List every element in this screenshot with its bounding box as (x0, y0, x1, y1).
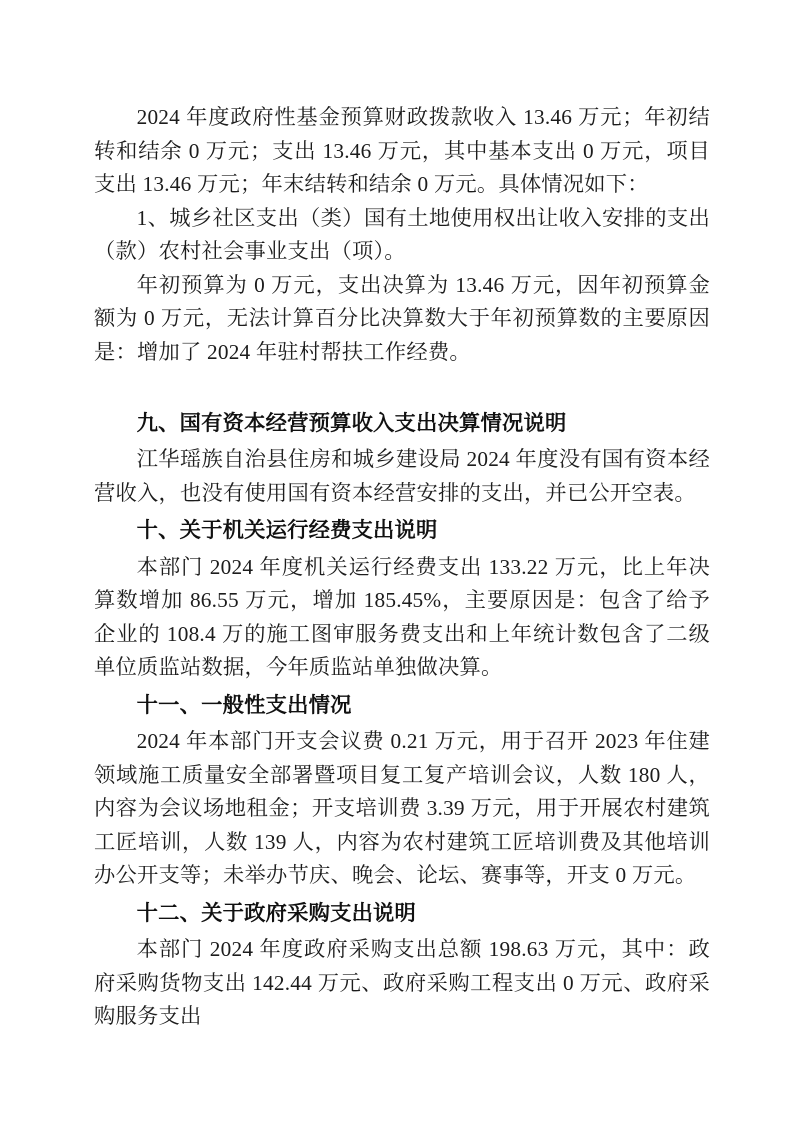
paragraph-state-capital-operation-statement: 江华瑶族自治县住房和城乡建设局 2024 年度没有国有资本经营收入，也没有使用国… (94, 443, 710, 510)
blank-line (94, 369, 710, 403)
paragraph-general-expenditure-statement: 2024 年本部门开支会议费 0.21 万元，用于召开 2023 年住建领域施工… (94, 725, 710, 893)
paragraph-agency-operating-expense-statement: 本部门 2024 年度机关运行经费支出 133.22 万元，比上年决算数增加 8… (94, 551, 710, 685)
paragraph-urban-rural-community-expenditure-item: 1、城乡社区支出（类）国有土地使用权出让收入安排的支出（款）农村社会事业支出（项… (94, 202, 710, 269)
section-heading-12-government-procurement: 十二、关于政府采购支出说明 (94, 897, 710, 931)
section-heading-9-state-capital-operation: 九、国有资本经营预算收入支出决算情况说明 (94, 407, 710, 441)
paragraph-government-procurement-statement: 本部门 2024 年度政府采购支出总额 198.63 万元，其中：政府采购货物支… (94, 933, 710, 1034)
section-heading-11-general-expenditure: 十一、一般性支出情况 (94, 689, 710, 723)
paragraph-gov-fund-budget-summary: 2024 年度政府性基金预算财政拨款收入 13.46 万元；年初结转和结余 0 … (94, 101, 710, 202)
document-page: 2024 年度政府性基金预算财政拨款收入 13.46 万元；年初结转和结余 0 … (0, 0, 793, 1122)
paragraph-initial-budget-explanation: 年初预算为 0 万元，支出决算为 13.46 万元，因年初预算金额为 0 万元，… (94, 269, 710, 370)
section-heading-10-agency-operating-expense: 十、关于机关运行经费支出说明 (94, 514, 710, 548)
document-content: 2024 年度政府性基金预算财政拨款收入 13.46 万元；年初结转和结余 0 … (94, 101, 710, 1034)
